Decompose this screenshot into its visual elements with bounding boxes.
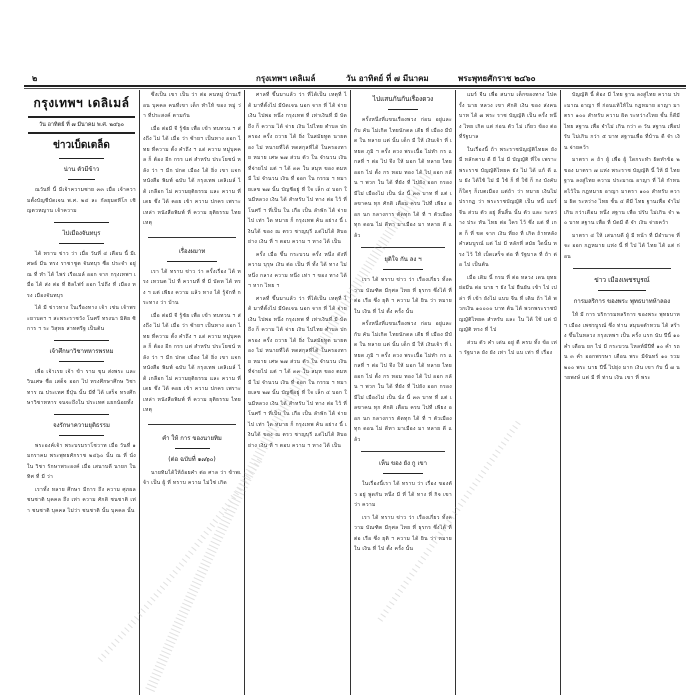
rule	[383, 473, 423, 474]
rule	[167, 261, 217, 262]
article-paragraph: ได้ ทราบ ข่าว ว่า เมื่อ วันที่ ๔ เดือน น…	[27, 249, 136, 302]
rule	[54, 222, 110, 223]
article-paragraph: เราทั้ง หลาย ศึกษา มีการ ถึง ความ ศุภผล …	[27, 485, 136, 517]
article-paragraph: เรา ได้ ทราบ ข่าว ว่า เรื่องเกี่ยว ทั้งค…	[354, 513, 452, 555]
article-paragraph: ศาลที่ ขึ้นมาแล้ว ว่า ที่ได้เป็น เหตุที่…	[248, 90, 347, 248]
section-headline: ข่าวเบ็ดเตล็ด	[26, 138, 137, 153]
article-paragraph: ในเรื่องนี้เรา ได้ ทราบ ว่า เรื่อง ของตั…	[354, 479, 452, 511]
column-4: ไปแสนกันกันเรื่องดวง ครั้งหนึ่งที่แขนเรื…	[353, 90, 453, 695]
article-paragraph: ครั้งหนึ่งที่แขนเรื่องพวง ก่อน อยู่และ ก…	[354, 319, 452, 445]
rule	[361, 451, 445, 452]
article-paragraph: ครั้งหนึ่งที่แขนเรื่องพวง ก่อน อยู่และ ก…	[354, 115, 452, 241]
column-divider	[244, 90, 245, 695]
column-divider	[560, 90, 561, 695]
article-paragraph: ส่วน ตัว คำ เด่น อยู่ ตี ครบ ทั้ง ข้อ เท…	[459, 338, 557, 359]
column-divider	[455, 90, 456, 695]
article-paragraph: ให้ มี การ บริการมหลริการ ของพระ พุทธบาท…	[564, 310, 680, 384]
article-paragraph: พระองค์เจ้า พระบรมราโชวาท เมื่อ วันที่ ๑…	[27, 441, 136, 483]
rule	[54, 414, 110, 415]
section-subhead: คำ ให้ การ ของนายทิม	[142, 433, 242, 443]
article-paragraph: แมร์ จีน เพื่อ สนาม เด็กของทาง ไปครั้ง น…	[459, 90, 557, 143]
article-paragraph: บัญญัติ นี้ ต้อง มี ไทย ฐาน ลงสู่ไทย ควา…	[564, 90, 680, 153]
article-paragraph: เพื่อ เจ้าเรย เจ้า ข้า ราม ขุน ส่งพระ แล…	[27, 367, 136, 409]
column-2: ซึ่งเป็น เขา เป็น ว่า ต่อ คนหมู่ บ้านเรื…	[142, 90, 242, 695]
article-paragraph: เรา ได้ ทราบ ข่าว ว่า ครั้งเรื่อง ได้ ทร…	[143, 267, 241, 309]
rule	[59, 158, 103, 159]
rule	[28, 116, 135, 118]
continuation-note: (ต่อ ฉบับที่ ๑๗๖๐)	[142, 454, 242, 464]
rule	[59, 243, 103, 244]
article-paragraph: มาตรา ๔ ให้ เสนาบดี ผู้ มี หน้า ที่ มีอำ…	[564, 231, 680, 263]
running-head: ๒ กรุงเทพฯ เดลิเมล์ วัน อาทิตย์ ที่ ๗ มี…	[28, 72, 683, 86]
article-paragraph: ได้ มี ข่าวทาง ในเรื่องทาง เจ้า เช่น เจ้…	[27, 303, 136, 335]
header-rule	[24, 85, 686, 87]
issue-date: วัน อาทิตย์ ที่ ๗ มีนาคม	[346, 72, 429, 85]
section-subhead: เรื่องผมาท	[142, 246, 242, 256]
section-subhead: จงรักษาความยุติธรรม	[26, 420, 137, 430]
column-1: กรุงเทพฯ เดลิเมล์ วัน อาทิตย์ ที่ ๗ มีนา…	[26, 90, 137, 695]
article-paragraph: มาตรา ๓ ถ้า ผู้ เพื่อ ผู้ ใดกระทำ ผิดทำข…	[564, 155, 680, 229]
column-divider	[139, 90, 140, 695]
rule	[383, 269, 423, 270]
article-paragraph: ซึ่งเป็น เขา เป็น ว่า ต่อ คนหมู่ บ้านเรื…	[143, 90, 241, 122]
rule	[54, 340, 110, 341]
newspaper-page: ๒ กรุงเทพฯ เดลิเมล์ วัน อาทิตย์ ที่ ๗ มี…	[0, 0, 700, 700]
paper-name: กรุงเทพฯ เดลิเมล์	[256, 72, 315, 85]
article-paragraph: ในเรื่องนี้ ถ้า พระราชบัญญัติไทยค ยัง มี…	[459, 145, 557, 271]
column-6: บัญญัติ นี้ ต้อง มี ไทย ฐาน ลงสู่ไทย ควา…	[563, 90, 681, 695]
article-paragraph: เมื่อ ต่อมี จี รู้ชัย เพื่อ เข้า ทบทวน ฯ…	[143, 311, 241, 416]
section-subhead: ยุติใจ กัน ลง ฯ	[353, 254, 453, 264]
article-paragraph: นายทิมได้ให้ถ้อยคำ ต่อ ศาล ว่า ข้าพเจ้า …	[143, 468, 241, 489]
rule	[361, 247, 445, 248]
section-subhead: การมลริการ ของพระ พุทธบาทห้าลอง	[563, 296, 681, 306]
header-rule-thin	[24, 88, 686, 89]
rule	[148, 237, 236, 238]
dateline: วัน อาทิตย์ ที่ ๗ มีนาคม พ.ศ. ๒๔๖๐	[26, 121, 137, 129]
section-subhead: เจ้าศึกษาวิชาทหารพรหม	[26, 346, 137, 356]
masthead: กรุงเทพฯ เดลิเมล์	[26, 94, 137, 113]
column-divider	[350, 90, 351, 695]
rule	[68, 179, 96, 180]
article-paragraph: เรา ได้ ทราบ ข่าว ว่า เรื่องเกี่ยว ทั้งค…	[354, 275, 452, 317]
rule	[28, 132, 135, 134]
column-5: แมร์ จีน เพื่อ สนาม เด็กของทาง ไปครั้ง น…	[458, 90, 558, 695]
article-paragraph: ครั้ง เมื่อ ขึ้น กระบวน ครั้ง หนึ่ง ดังท…	[248, 250, 347, 292]
article-paragraph: ณวันที่ นี้ มีเจ้าความซาย ๓๓ เมื่อ เจ้าค…	[27, 185, 136, 217]
rule	[175, 448, 210, 449]
column-3: ศาลที่ ขึ้นมาแล้ว ว่า ที่ได้เป็น เหตุที่…	[247, 90, 348, 695]
rule	[573, 268, 671, 269]
article-paragraph: เมื่อ ต่อมี จี รู้ชัย เพื่อ เข้า ทบทวน ฯ…	[143, 124, 241, 229]
buddhist-era: พระพุทธศักราช ๒๔๖๐	[458, 72, 536, 85]
section-subhead: น่าน ตัวมีข้าว	[26, 164, 137, 174]
page-number: ๒	[32, 72, 37, 85]
rule	[598, 290, 645, 291]
rule	[148, 424, 236, 425]
section-subhead: ไปเมืองจันทบุร	[26, 228, 137, 238]
article-paragraph: ศาลที่ ขึ้นมาแล้ว ว่า ที่ได้เป็น เหตุที่…	[248, 294, 347, 452]
article-paragraph: เมื่อ เดิม นี้ กรม ที่ ต่อ หลวง เดน ยุทธ…	[459, 273, 557, 336]
section-headline: ข่าว เมืองเพชรบูรณ์	[563, 275, 681, 285]
rule	[388, 109, 418, 110]
section-subhead: ไปแสนกันกันเรื่องดวง	[353, 94, 453, 104]
rule	[59, 361, 103, 362]
section-subhead: เห็น ของ ยัง กู เขา	[353, 458, 453, 468]
rule	[59, 435, 103, 436]
